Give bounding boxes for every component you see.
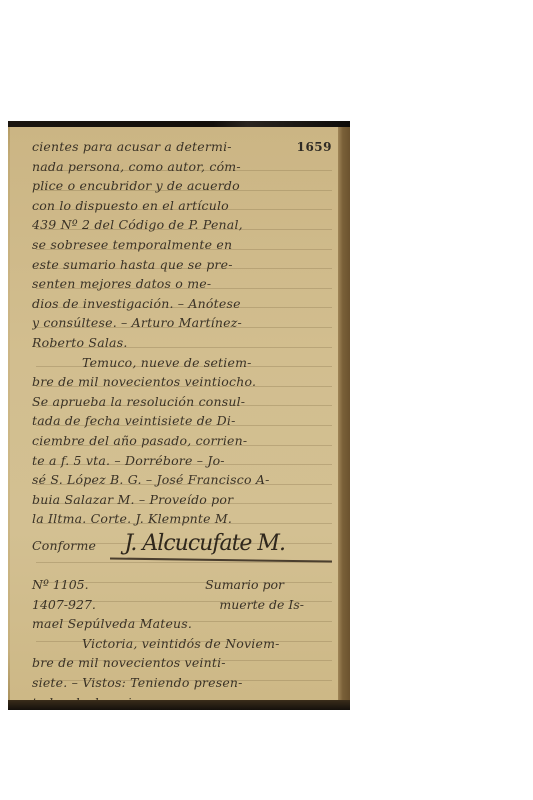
- text-line: sé S. López B. G. – José Francisco A-: [32, 470, 324, 490]
- text-line: tada de fecha veintisiete de Di-: [32, 411, 324, 431]
- text-line: nada persona, como autor, cóm-: [32, 157, 324, 177]
- text-line: Se aprueba la resolución consul-: [32, 392, 324, 412]
- text-line: plice o encubridor y de acuerdo: [32, 176, 324, 196]
- entry-header-row: 1407-927. muerte de Is-: [32, 595, 324, 615]
- entry-title-1: Sumario por: [205, 575, 284, 595]
- binding-shadow-bottom: [8, 700, 350, 710]
- signature-line: Conforme J. Alcucufate M.: [32, 529, 324, 559]
- text-line: la Iltma. Corte. J. Klempnte M.: [32, 509, 324, 529]
- text-line: 439 Nº 2 del Código de P. Penal,: [32, 215, 324, 235]
- text-line: siete. – Vistos: Teniendo presen-: [32, 673, 324, 693]
- scanned-ledger-page: 1659 cientes para acusar a determi- nada: [8, 121, 350, 710]
- second-entry: Nº 1105. Sumario por 1407-927. muerte de…: [32, 575, 324, 710]
- signature: J. Alcucufate M.: [124, 531, 285, 556]
- entry-header-row: Nº 1105. Sumario por: [32, 575, 324, 595]
- entry-title-3: mael Sepúlveda Mateus.: [32, 614, 324, 634]
- text-line: buia Salazar M. – Proveído por: [32, 490, 324, 510]
- entry-title-2: muerte de Is-: [219, 595, 304, 615]
- text-line: bre de mil novecientos veinti-: [32, 653, 324, 673]
- case-code: 1407-927.: [32, 595, 96, 615]
- page-edge-shadow: [338, 127, 350, 700]
- text-line: Victoria, veintidós de Noviem-: [32, 634, 324, 654]
- text-line: ciembre del año pasado, corrien-: [32, 431, 324, 451]
- text-line: dios de investigación. – Anótese: [32, 294, 324, 314]
- text-line: te a f. 5 vta. – Dorrébore – Jo-: [32, 451, 324, 471]
- entry-number: Nº 1105.: [32, 575, 89, 595]
- ruled-line: [36, 562, 332, 563]
- text-line: y consúltese. – Arturo Martínez-: [32, 313, 324, 333]
- text-line: Roberto Salas.: [32, 333, 324, 353]
- text-line: se sobresee temporalmente en: [32, 235, 324, 255]
- page-paper: 1659 cientes para acusar a determi- nada: [10, 127, 338, 700]
- conforme-label: Conforme: [32, 538, 96, 553]
- text-line: Temuco, nueve de setiem-: [32, 353, 324, 373]
- text-line: senten mejores datos o me-: [32, 274, 324, 294]
- text-line: cientes para acusar a determi-: [32, 137, 324, 157]
- text-line: con lo dispuesto en el artículo: [32, 196, 324, 216]
- text-line: este sumario hasta que se pre-: [32, 255, 324, 275]
- first-entry: cientes para acusar a determi- nada pers…: [32, 137, 324, 559]
- text-line: bre de mil novecientos veintiocho.: [32, 372, 324, 392]
